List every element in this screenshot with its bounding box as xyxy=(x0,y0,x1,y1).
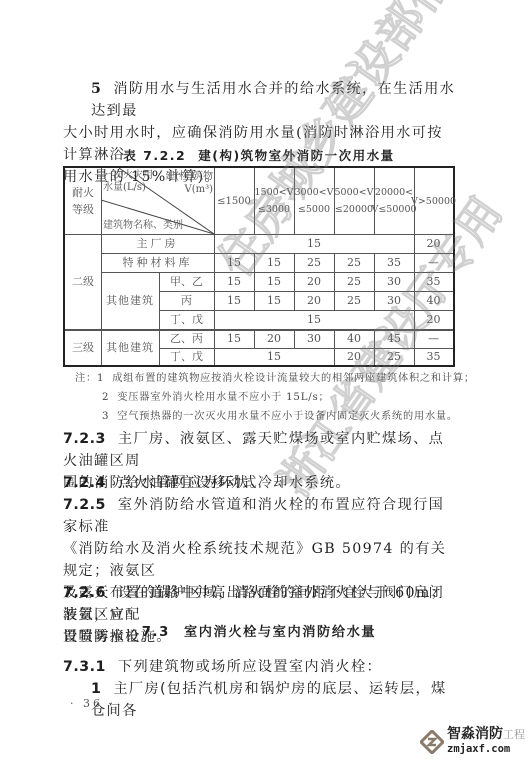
table-cell: 20 xyxy=(294,291,334,310)
table-cell: 35 xyxy=(414,348,453,365)
table-cell: 35 xyxy=(374,253,414,272)
table-cell: 15 xyxy=(254,253,294,272)
clause-number: 7.2.5 xyxy=(63,497,106,513)
table-note-1: 注：1成组布置的建筑物应按消火栓设计流量较大的相邻两座建筑体积之和计算； xyxy=(75,370,475,388)
page-number: · 36 · xyxy=(70,697,116,710)
table-cell: 15 xyxy=(214,253,254,272)
section-heading: 7.3室内消火栓与室内消防给水量 xyxy=(63,621,455,640)
table-cell: 15 xyxy=(214,310,414,329)
paragraph-line: 5消防用水与生活用水合并的给水系统，在生活用水达到最 xyxy=(63,78,458,122)
table-cell: 40 xyxy=(414,291,453,310)
table-cell: 25 xyxy=(334,253,374,272)
table-cell: — xyxy=(414,329,453,348)
header-water-amount: 一次火灾用水量(L/s) xyxy=(103,170,153,210)
header-col-1: ≤1500 xyxy=(214,168,254,234)
table-cell: 25 xyxy=(374,348,414,365)
table-cell: 20 xyxy=(294,272,334,291)
clause-number: 7.2.4 xyxy=(63,475,106,491)
header-col-2: 1500<V ≤3000 xyxy=(254,168,294,234)
table-title: 表 7.2.2建(构)筑物室外消防一次用水量 xyxy=(63,146,455,164)
clause-7-3-1: 7.3.1下列建筑物或场所应设置室内消火栓： 1主厂房(包括汽机房和锅炉房的底层… xyxy=(63,656,458,722)
table-cell: 15 xyxy=(214,272,254,291)
site-logo: 智淼消防工程 zmjaxf.com xyxy=(420,727,525,756)
table-cell: 20 xyxy=(414,234,453,253)
item-number: 1 xyxy=(91,681,101,697)
clause-number: 7.2.6 xyxy=(63,585,106,601)
subcategory: 甲、乙 xyxy=(159,272,214,291)
table-number: 表 7.2.2 xyxy=(123,148,186,163)
grade-2: 二级 xyxy=(65,234,101,329)
table-caption: 建(构)筑物室外消防一次用水量 xyxy=(198,148,394,163)
table-cell: 25 xyxy=(334,272,374,291)
table-note-2: 2变压器室外消火栓用水量不应小于 15L/s； xyxy=(102,389,330,407)
fire-water-table: 耐火等级 一次火灾用水量(L/s) 建(构)筑物 V(m³) 建筑物名称、类别 … xyxy=(63,166,455,367)
header-col-3: 3000<V ≤5000 xyxy=(294,168,334,234)
table-cell: 15 xyxy=(254,272,294,291)
clause-7-2-4: 7.2.4点火油罐宜设移动式冷却水系统。 xyxy=(63,472,458,494)
table-cell: 35 xyxy=(414,272,453,291)
header-col-6: V>50000 xyxy=(414,168,453,234)
table-cell: 15 xyxy=(214,348,334,365)
table-cell: 15 xyxy=(214,329,254,348)
subcategory: 丙 xyxy=(159,291,214,310)
logo-name: 智淼消防 xyxy=(447,726,503,742)
subcategory: 丁、戊 xyxy=(159,310,214,329)
subcategory: 丁、戊 xyxy=(159,348,214,365)
logo-suffix: 工程 xyxy=(503,728,525,741)
category-other-buildings: 其他建筑 xyxy=(101,329,159,365)
table-cell: 20 xyxy=(414,310,453,329)
clause-number: 7.3.1 xyxy=(63,659,106,675)
table-cell: 15 xyxy=(254,291,294,310)
header-col-4: 5000<V ≤20000 xyxy=(334,168,374,234)
table-cell: — xyxy=(414,253,453,272)
table-cell: 40 xyxy=(334,329,374,348)
table-note-3: 3空气预热器的一次灭火用水量不应小于设备内固定灭火系统的用水量。 xyxy=(102,408,458,426)
subcategory: 乙、丙 xyxy=(159,329,214,348)
clause-number: 7.2.3 xyxy=(63,431,106,447)
header-building-category: 建筑物名称、类别 xyxy=(103,218,203,232)
header-building-volume: 建(构)筑物 V(m³) xyxy=(155,170,213,200)
table-cell: 30 xyxy=(374,291,414,310)
table-cell: 45 xyxy=(374,329,414,348)
table-cell: 15 xyxy=(214,291,254,310)
table-cell: 20 xyxy=(334,348,374,365)
category-main-plant: 主厂房 xyxy=(101,234,214,253)
grade-3: 三级 xyxy=(65,329,101,365)
category-special-materials: 特种材料库 xyxy=(101,253,214,272)
table-cell: 25 xyxy=(334,291,374,310)
header-col-5: 20000< V≤50000 xyxy=(374,168,414,234)
table-cell: 25 xyxy=(294,253,334,272)
table-cell: 15 xyxy=(214,234,414,253)
header-fire-rating: 耐火等级 xyxy=(65,168,101,234)
table-cell: 30 xyxy=(374,272,414,291)
item-number: 5 xyxy=(91,81,101,97)
table-cell: 30 xyxy=(294,329,334,348)
table-cell: 20 xyxy=(254,329,294,348)
logo-url: zmjaxf.com xyxy=(447,742,525,756)
category-other-buildings: 其他建筑 xyxy=(101,272,159,329)
zm-diamond-logo-icon xyxy=(420,730,444,754)
